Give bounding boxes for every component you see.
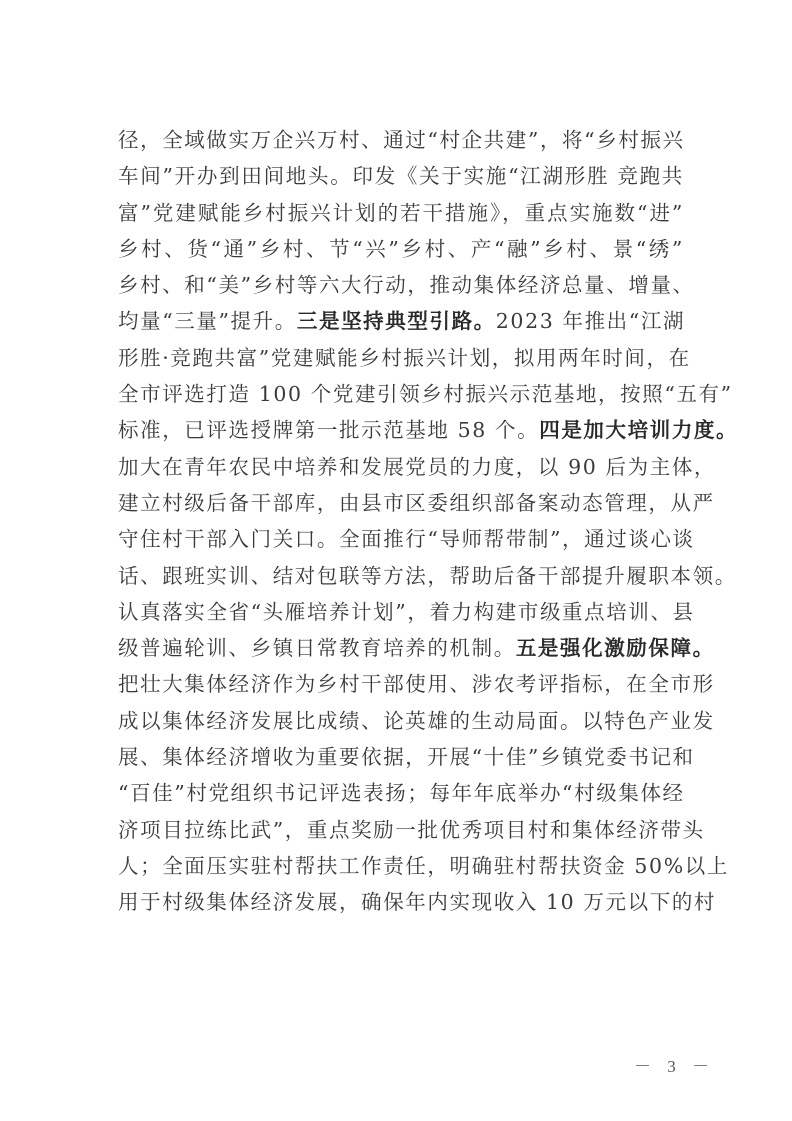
text-line: 认真落实全省“头雁培养计划”，着力构建市级重点培训、县 bbox=[118, 594, 684, 630]
text-segment: 级普遍轮训、乡镇日常教育培养的机制。 bbox=[118, 636, 516, 660]
text-line: 济项目拉练比武”，重点奖励一批优秀项目村和集体经济带头 bbox=[118, 812, 684, 848]
text-line: 形胜·竞跑共富”党建赋能乡村振兴计划，拟用两年时间，在 bbox=[118, 340, 684, 376]
text-line: 富”党建赋能乡村振兴计划的若干措施》，重点实施数“进” bbox=[118, 195, 684, 231]
text-segment: 2023 年推出“江湖 bbox=[496, 309, 685, 333]
text-segment: 认真落实全省“头雁培养计划”，着力构建市级重点培训、县 bbox=[118, 600, 695, 624]
text-segment: 成以集体经济发展比成绩、论英雄的生动局面。以特色产业发 bbox=[118, 709, 715, 733]
text-line: 把壮大集体经济作为乡村干部使用、涉农考评指标，在全市形 bbox=[118, 666, 684, 702]
text-segment: 乡村、货“通”乡村、节“兴”乡村、产“融”乡村、景“绣” bbox=[118, 237, 684, 261]
page-number: － 3 － bbox=[634, 1052, 715, 1077]
text-line: 人；全面压实驻村帮扶工作责任，明确驻村帮扶资金 50%以上 bbox=[118, 848, 684, 884]
text-segment: 加大在青年农民中培养和发展党员的力度，以 90 后为主体， bbox=[118, 455, 716, 479]
text-segment: 形胜·竞跑共富”党建赋能乡村振兴计划，拟用两年时间，在 bbox=[118, 346, 691, 370]
text-line: 展、集体经济增收为重要依据，开展“十佳”乡镇党委书记和 bbox=[118, 739, 684, 775]
text-line: 成以集体经济发展比成绩、论英雄的生动局面。以特色产业发 bbox=[118, 703, 684, 739]
text-segment: 标准，已评选授牌第一批示范基地 58 个。 bbox=[118, 418, 539, 442]
text-segment: 人；全面压实驻村帮扶工作责任，明确驻村帮扶资金 50%以上 bbox=[118, 854, 729, 878]
text-segment: 建立村级后备干部库，由县市区委组织部备案动态管理，从严 bbox=[118, 491, 715, 515]
text-line: 守住村干部入门关口。全面推行“导师帮带制”，通过谈心谈 bbox=[118, 521, 684, 557]
text-segment: 话、跟班实训、结对包联等方法，帮助后备干部提升履职本领。 bbox=[118, 564, 737, 588]
text-line: 建立村级后备干部库，由县市区委组织部备案动态管理，从严 bbox=[118, 485, 684, 521]
text-segment: “百佳”村党组织书记评选表扬；每年年底举办“村级集体经 bbox=[118, 781, 685, 805]
text-segment: 守住村干部入门关口。全面推行“导师帮带制”，通过谈心谈 bbox=[118, 527, 695, 551]
text-line: 乡村、和“美”乡村等六大行动，推动集体经济总量、增量、 bbox=[118, 267, 684, 303]
text-segment: 把壮大集体经济作为乡村干部使用、涉农考评指标，在全市形 bbox=[118, 672, 715, 696]
text-line: 标准，已评选授牌第一批示范基地 58 个。四是加大培训力度。 bbox=[118, 412, 684, 448]
text-line: 均量“三量”提升。三是坚持典型引路。2023 年推出“江湖 bbox=[118, 303, 684, 339]
text-line: 话、跟班实训、结对包联等方法，帮助后备干部提升履职本领。 bbox=[118, 558, 684, 594]
text-segment: 均量“三量”提升。 bbox=[118, 309, 297, 333]
bold-heading-phrase: 五是强化激励保障。 bbox=[516, 636, 715, 660]
text-segment: 车间”开办到田间地头。印发《关于实施“江湖形胜 竞跑共 bbox=[118, 164, 684, 188]
text-segment: 展、集体经济增收为重要依据，开展“十佳”乡镇党委书记和 bbox=[118, 745, 695, 769]
text-line: 级普遍轮训、乡镇日常教育培养的机制。五是强化激励保障。 bbox=[118, 630, 684, 666]
text-line: 乡村、货“通”乡村、节“兴”乡村、产“融”乡村、景“绣” bbox=[118, 231, 684, 267]
body-text: 径，全域做实万企兴万村、通过“村企共建”，将“乡村振兴车间”开办到田间地头。印发… bbox=[118, 122, 684, 921]
text-line: “百佳”村党组织书记评选表扬；每年年底举办“村级集体经 bbox=[118, 775, 684, 811]
text-segment: 乡村、和“美”乡村等六大行动，推动集体经济总量、增量、 bbox=[118, 273, 695, 297]
text-segment: 用于村级集体经济发展，确保年内实现收入 10 万元以下的村 bbox=[118, 890, 716, 914]
text-segment: 济项目拉练比武”，重点奖励一批优秀项目村和集体经济带头 bbox=[118, 818, 705, 842]
bold-heading-phrase: 三是坚持典型引路。 bbox=[297, 309, 496, 333]
text-line: 径，全域做实万企兴万村、通过“村企共建”，将“乡村振兴 bbox=[118, 122, 684, 158]
document-page: 径，全域做实万企兴万村、通过“村企共建”，将“乡村振兴车间”开办到田间地头。印发… bbox=[0, 0, 792, 1121]
text-line: 用于村级集体经济发展，确保年内实现收入 10 万元以下的村 bbox=[118, 884, 684, 920]
bold-heading-phrase: 四是加大培训力度。 bbox=[539, 418, 738, 442]
text-segment: 径，全域做实万企兴万村、通过“村企共建”，将“乡村振兴 bbox=[118, 128, 685, 152]
text-segment: 富”党建赋能乡村振兴计划的若干措施》，重点实施数“进” bbox=[118, 201, 684, 225]
text-segment: 全市评选打造 100 个党建引领乡村振兴示范基地，按照“五有” bbox=[118, 382, 733, 406]
text-line: 加大在青年农民中培养和发展党员的力度，以 90 后为主体， bbox=[118, 449, 684, 485]
text-line: 车间”开办到田间地头。印发《关于实施“江湖形胜 竞跑共 bbox=[118, 158, 684, 194]
text-line: 全市评选打造 100 个党建引领乡村振兴示范基地，按照“五有” bbox=[118, 376, 684, 412]
